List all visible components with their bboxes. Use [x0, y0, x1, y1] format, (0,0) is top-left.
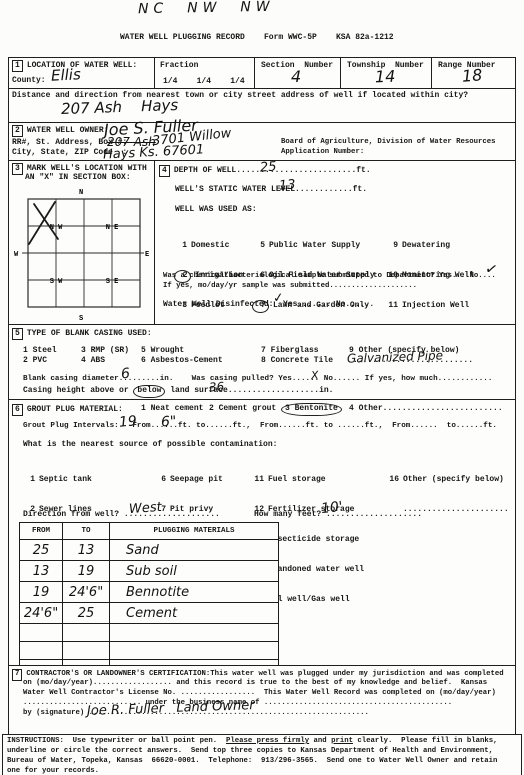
casing-height-line: Casing height above or below land surfac… [23, 386, 333, 397]
table-row: 13 19 Sub soil [20, 561, 279, 582]
grout-item-3-circled: 3 Bentonite [281, 404, 342, 415]
table-row: 25 13 Sand [20, 540, 279, 561]
contamination-column4: 16Other (specify below) ................… [389, 455, 509, 535]
col-to: TO [63, 523, 110, 540]
table-row: 24'6" 25 Cement [20, 603, 279, 624]
other-casing-value: Galvanized Pipe [347, 349, 443, 364]
section6-grout-plug: 6GROUT PLUG MATERIAL: 1 Neat cement 2 Ce… [8, 399, 516, 668]
used-item: 5Public Water Supply [255, 241, 375, 251]
disinfected-line: Water Well Disinfected: Yes....... No...… [163, 300, 374, 310]
form-title: WATER WELL PLUGGING RECORD [120, 33, 245, 43]
owner-heading: WATER WELL OWNER: [27, 126, 109, 135]
grout-material-label: GROUT PLUG MATERIAL: [27, 405, 123, 414]
casing-height-value: 36 [209, 380, 225, 393]
casing-type-3: 3 RMP (SR) [81, 346, 129, 356]
fraction-cell: Fraction 1/4 1/4 1/4 [154, 57, 257, 91]
section1-heading: LOCATION OF WATER WELL: [27, 61, 137, 70]
direction-from-well-line: Direction from well? ...................… [23, 510, 220, 520]
disinfected-yes-mark: ✓ [272, 291, 284, 305]
distance-value: 207 Ash Hays [61, 98, 179, 117]
casing-type-8: 8 Concrete Tile [261, 356, 333, 366]
contam-item: 11Fuel storage [254, 475, 364, 485]
range-number-value: 18 [461, 67, 482, 84]
fraction-label: Fraction [160, 61, 198, 71]
grout-item-1: 1 Neat cement [141, 404, 203, 414]
statute-reference: KSA 82a-1212 [336, 33, 394, 43]
casing-type-5: 5 Wrought [141, 346, 184, 356]
interval-from-value: 19 [118, 414, 137, 430]
certification-line1: CONTRACTOR'S OR LANDOWNER'S CERTIFICATIO… [26, 670, 503, 678]
section1-number: 1 [12, 60, 23, 72]
grout-item-2: 2 Cement grout [209, 404, 276, 414]
contamination-question: What is the nearest source of possible c… [23, 440, 277, 450]
static-water-level-value: 13 [279, 178, 296, 192]
casing-diameter-line: Blank casing diameter.........in. Was ca… [23, 375, 492, 385]
casing-type-2: 2 PVC [23, 356, 47, 366]
well-used-as-heading: WELL WAS USED AS: [175, 205, 257, 215]
instructions-line2: underline or circle the correct answers.… [7, 747, 493, 757]
instructions-line1: INSTRUCTIONS: Use typewriter or ball poi… [7, 737, 497, 747]
contam-item: 6Seepage pit [156, 475, 237, 485]
section3-mark-location: 3MARK WELL'S LOCATION WITH AN "X" IN SEC… [8, 160, 157, 327]
county-label: County: [12, 76, 46, 86]
section7-certification: 7CONTRACTOR'S OR LANDOWNER'S CERTIFICATI… [8, 665, 516, 735]
section3-heading-line2: AN "X" IN SECTION BOX: [25, 173, 131, 183]
direction-value: West [129, 501, 163, 516]
section2-owner: 2WATER WELL OWNER: RR#, St. Address, Box… [8, 122, 516, 163]
casing-type-6: 6 Asbestos-Cement [141, 356, 223, 366]
col-from: FROM [20, 523, 63, 540]
instructions-line4: one for your records. [7, 767, 99, 775]
fraction-quarters: 1/4 1/4 1/4 [163, 77, 245, 87]
certification-line2: on (mo/day/year).................. and t… [23, 679, 487, 689]
instructions-block: INSTRUCTIONS: Use typewriter or ball poi… [2, 734, 522, 775]
township-number-cell: Township Number 14 [340, 57, 434, 91]
table-empty-row [20, 642, 279, 660]
grid-ne-label: N E [106, 224, 119, 232]
if-yes-line: If yes, mo/day/yr sample was submitted..… [163, 282, 417, 292]
top-scribble-quarter-calls: NC NW NW [138, 0, 275, 16]
grid-sw-label: S W [50, 278, 63, 286]
water-well-plugging-record-form: NC NW NW WATER WELL PLUGGING RECORD Form… [0, 0, 524, 775]
city-state-zip-value: Hays Ks. 67601 [103, 143, 205, 161]
grout-item-4: 4 Other......................... [349, 404, 503, 414]
township-number-value: 14 [375, 69, 396, 86]
handwritten-x-mark [29, 202, 58, 244]
grid-east-label: E [145, 251, 149, 259]
interval-to-value: 6" [161, 415, 177, 430]
underlined-press-firmly: Please press firmly [226, 737, 309, 745]
used-item: 11Injection Well [388, 301, 517, 311]
application-number-label: Application Number: [281, 148, 364, 158]
casing-pulled-no-mark: X [311, 370, 319, 381]
section5-blank-casing: 5TYPE OF BLANK CASING USED: 1 Steel 3 RM… [8, 324, 516, 402]
section5-heading: TYPE OF BLANK CASING USED: [27, 329, 152, 338]
range-number-cell: Range Number 18 [431, 57, 516, 91]
section4-well-details: 4DEPTH OF WELL.........................f… [154, 160, 516, 327]
section-grid: N N W N E S W S E W E S [12, 183, 152, 325]
section3-heading-line1: MARK WELL'S LOCATION WITH [27, 164, 147, 173]
section2-number: 2 [12, 125, 23, 137]
grid-west-label: W [14, 251, 19, 259]
underlined-print: print [331, 737, 353, 745]
certification-line3: Water Well Contractor's License No. ....… [23, 689, 496, 699]
form-number: Form WWC-5P [264, 33, 317, 43]
section3-number: 3 [12, 163, 23, 175]
col-materials: PLUGGING MATERIALS [110, 523, 279, 540]
plugging-intervals-table: FROM TO PLUGGING MATERIALS 25 13 Sand 13… [19, 522, 279, 678]
depth-value: 25 [260, 160, 277, 174]
section4-number: 4 [159, 165, 170, 177]
circled-bentonite: 3 Bentonite [281, 403, 342, 416]
casing-type-7: 7 Fiberglass [261, 346, 319, 356]
section-number-value: 4 [291, 69, 301, 85]
contam-item: 1Septic tank [25, 475, 149, 485]
sample-question-line: Was a chemical/bacteriological sample su… [163, 272, 496, 282]
casing-type-4: 4 ABS [81, 356, 105, 366]
used-item: 9Dewatering [388, 241, 517, 251]
section5-number: 5 [12, 328, 23, 340]
used-item: 1Domestic [177, 241, 243, 251]
distance-row: Distance and direction from nearest town… [8, 88, 516, 125]
grid-south-label: S [79, 315, 83, 323]
county-value: Ellis [51, 67, 82, 84]
section1-location-cell: 1LOCATION OF WATER WELL: County: Ellis [8, 57, 157, 91]
instructions-line3: Bureau of Water, Topeka, Kansas 66620-00… [7, 757, 497, 767]
contam-item: 16Other (specify below) [389, 475, 509, 485]
section-number-cell: Section Number 4 [254, 57, 343, 91]
table-header-row: FROM TO PLUGGING MATERIALS [20, 523, 279, 540]
casing-type-1: 1 Steel [23, 346, 57, 356]
feet-value: 10' [320, 500, 343, 516]
table-row: 19 24'6" Bennotite [20, 582, 279, 603]
section6-number: 6 [12, 404, 23, 416]
grid-north-label: N [79, 189, 83, 197]
table-empty-row [20, 624, 279, 642]
casing-diameter-value: 6 [120, 367, 130, 382]
static-water-level-line: WELL'S STATIC WATER LEVEL............ft. [175, 185, 367, 195]
grid-se-label: S E [106, 278, 119, 286]
board-of-agriculture-line: Board of Agriculture, Division of Water … [281, 138, 496, 148]
circled-below-word: below [133, 385, 165, 398]
grout-intervals-line: Grout Plug Intervals: From......ft. to..… [23, 422, 497, 432]
section7-number: 7 [12, 669, 22, 681]
